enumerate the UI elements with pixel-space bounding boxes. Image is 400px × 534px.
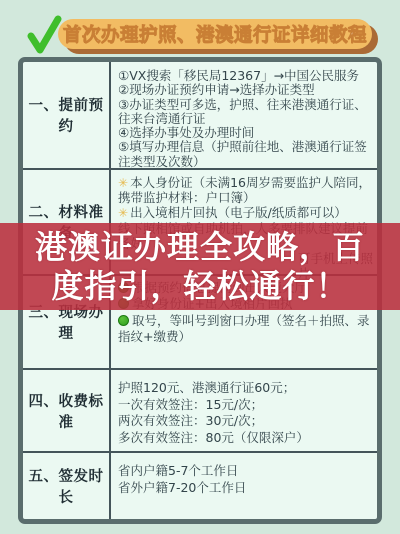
watermark-banner: 港澳证办理全攻略，百 度指引，轻松通行！ <box>0 223 400 310</box>
sparkle-icon: ✳ <box>118 176 128 190</box>
list-item: 护照120元、港澳通行证60元； <box>118 380 373 397</box>
list-item: ①VX搜索「移民局12367」→中国公民服务 <box>118 69 373 83</box>
list-item-text: 本人身份证（未满16周岁需要监护人陪同，携带监护材料：户口簿） <box>118 175 371 205</box>
list-item: ⑤填写办理信息（护照前往地、港澳通行证签注类型及次数） <box>118 140 373 169</box>
row-label: 五、签发时长 <box>23 453 111 519</box>
list-item: 两次有效签注：30元/次； <box>118 413 373 430</box>
green-dot-icon <box>118 315 129 326</box>
list-item: ✳本人身份证（未满16周岁需要监护人陪同，携带监护材料：户口簿） <box>118 175 373 205</box>
row-label: 一、提前预约 <box>23 62 111 168</box>
row-content: 护照120元、港澳通行证60元； 一次有效签注：15元/次； 两次有效签注：30… <box>111 370 377 451</box>
table-row-advance-booking: 一、提前预约 ①VX搜索「移民局12367」→中国公民服务 ②现场办证预约申请→… <box>23 62 377 170</box>
sparkle-icon: ✳ <box>118 206 128 220</box>
list-item: 多次有效签注：80元（仅限深户） <box>118 430 373 447</box>
watermark-line: 港澳证办理全攻略，百 <box>35 228 365 266</box>
row-content: 省内户籍5-7个工作日 省外户籍7-20个工作日 <box>111 453 377 519</box>
table-row-fee-standard: 四、收费标准 护照120元、港澳通行证60元； 一次有效签注：15元/次； 两次… <box>23 370 377 453</box>
row-label: 四、收费标准 <box>23 370 111 451</box>
list-item-text: 取号，等叫号到窗口办理（签名＋拍照、录指纹+缴费） <box>118 313 370 344</box>
watermark-line: 度指引，轻松通行！ <box>51 267 348 305</box>
green-checkmark-icon <box>26 14 62 60</box>
list-item: ④选择办事处及办理时间 <box>118 126 373 140</box>
list-item: 取号，等叫号到窗口办理（签名＋拍照、录指纹+缴费） <box>118 313 373 346</box>
list-item: 一次有效签注：15元/次； <box>118 397 373 414</box>
list-item: 省内户籍5-7个工作日 <box>118 463 373 480</box>
list-item: ③办证类型可多选，护照、往来港澳通行证、往来台湾通行证 <box>118 98 373 127</box>
page-title-pill: 首次办理护照、港澳通行证详细教程 <box>58 19 372 49</box>
list-item: ✳出入境相片回执（电子版/纸质都可以） <box>118 205 373 220</box>
header-banner: 首次办理护照、港澳通行证详细教程 <box>22 12 378 56</box>
list-item: ②现场办证预约申请→选择办证类型 <box>118 83 373 97</box>
table-row-issuance-time: 五、签发时长 省内户籍5-7个工作日 省外户籍7-20个工作日 <box>23 453 377 519</box>
list-item: 省外户籍7-20个工作日 <box>118 480 373 497</box>
list-item-text: 出入境相片回执（电子版/纸质都可以） <box>130 205 347 220</box>
row-content: ①VX搜索「移民局12367」→中国公民服务 ②现场办证预约申请→选择办证类型 … <box>111 62 377 168</box>
page-title: 首次办理护照、港澳通行证详细教程 <box>63 21 367 47</box>
